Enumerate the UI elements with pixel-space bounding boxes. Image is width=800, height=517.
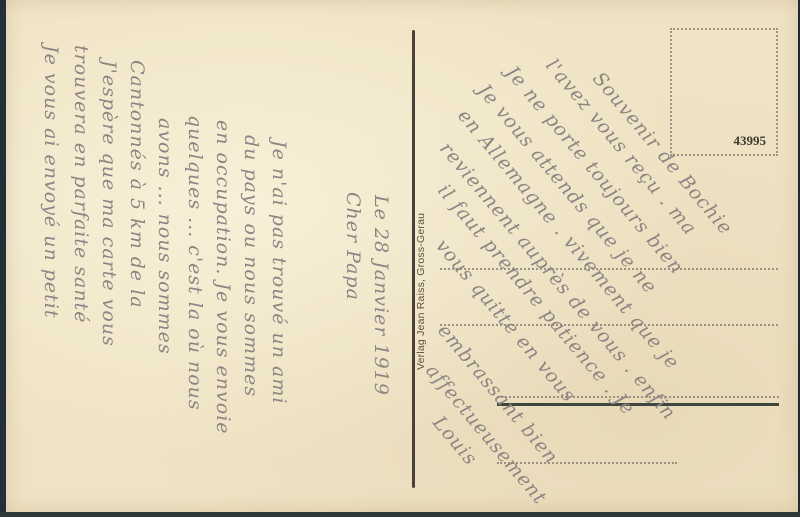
- publisher-imprint: Verlag Jean Raiss, Gross-Gerau: [415, 213, 427, 370]
- handwriting-date: Le 28 Janvier 1919: [370, 195, 392, 396]
- scan-bottom-edge: [0, 512, 800, 517]
- address-line-3: [497, 396, 779, 398]
- handwriting-left-line: Je n'ai pas trouvé un ami: [268, 140, 290, 404]
- handwriting-left-line: Je vous ai envoyé un petit: [40, 45, 62, 318]
- handwriting-left-line: quelques ... c'est la où nous: [184, 115, 206, 411]
- stamp-box-number: 43995: [734, 133, 767, 149]
- handwriting-left-line: du pays ou nous sommes: [240, 135, 262, 397]
- handwriting-salutation: Cher Papa: [342, 192, 364, 301]
- handwriting-left-line: avons ... nous sommes: [154, 118, 176, 355]
- stamp-box: 43995: [670, 28, 778, 156]
- handwriting-left-line: en occupation. Je vous envoie: [212, 120, 234, 435]
- handwriting-left-line: Cantonnés à 5 km de la: [126, 60, 148, 309]
- handwriting-left-line: J'espère que ma carte vous: [98, 60, 120, 347]
- handwriting-left-line: trouvera en parfaite santé: [70, 45, 92, 323]
